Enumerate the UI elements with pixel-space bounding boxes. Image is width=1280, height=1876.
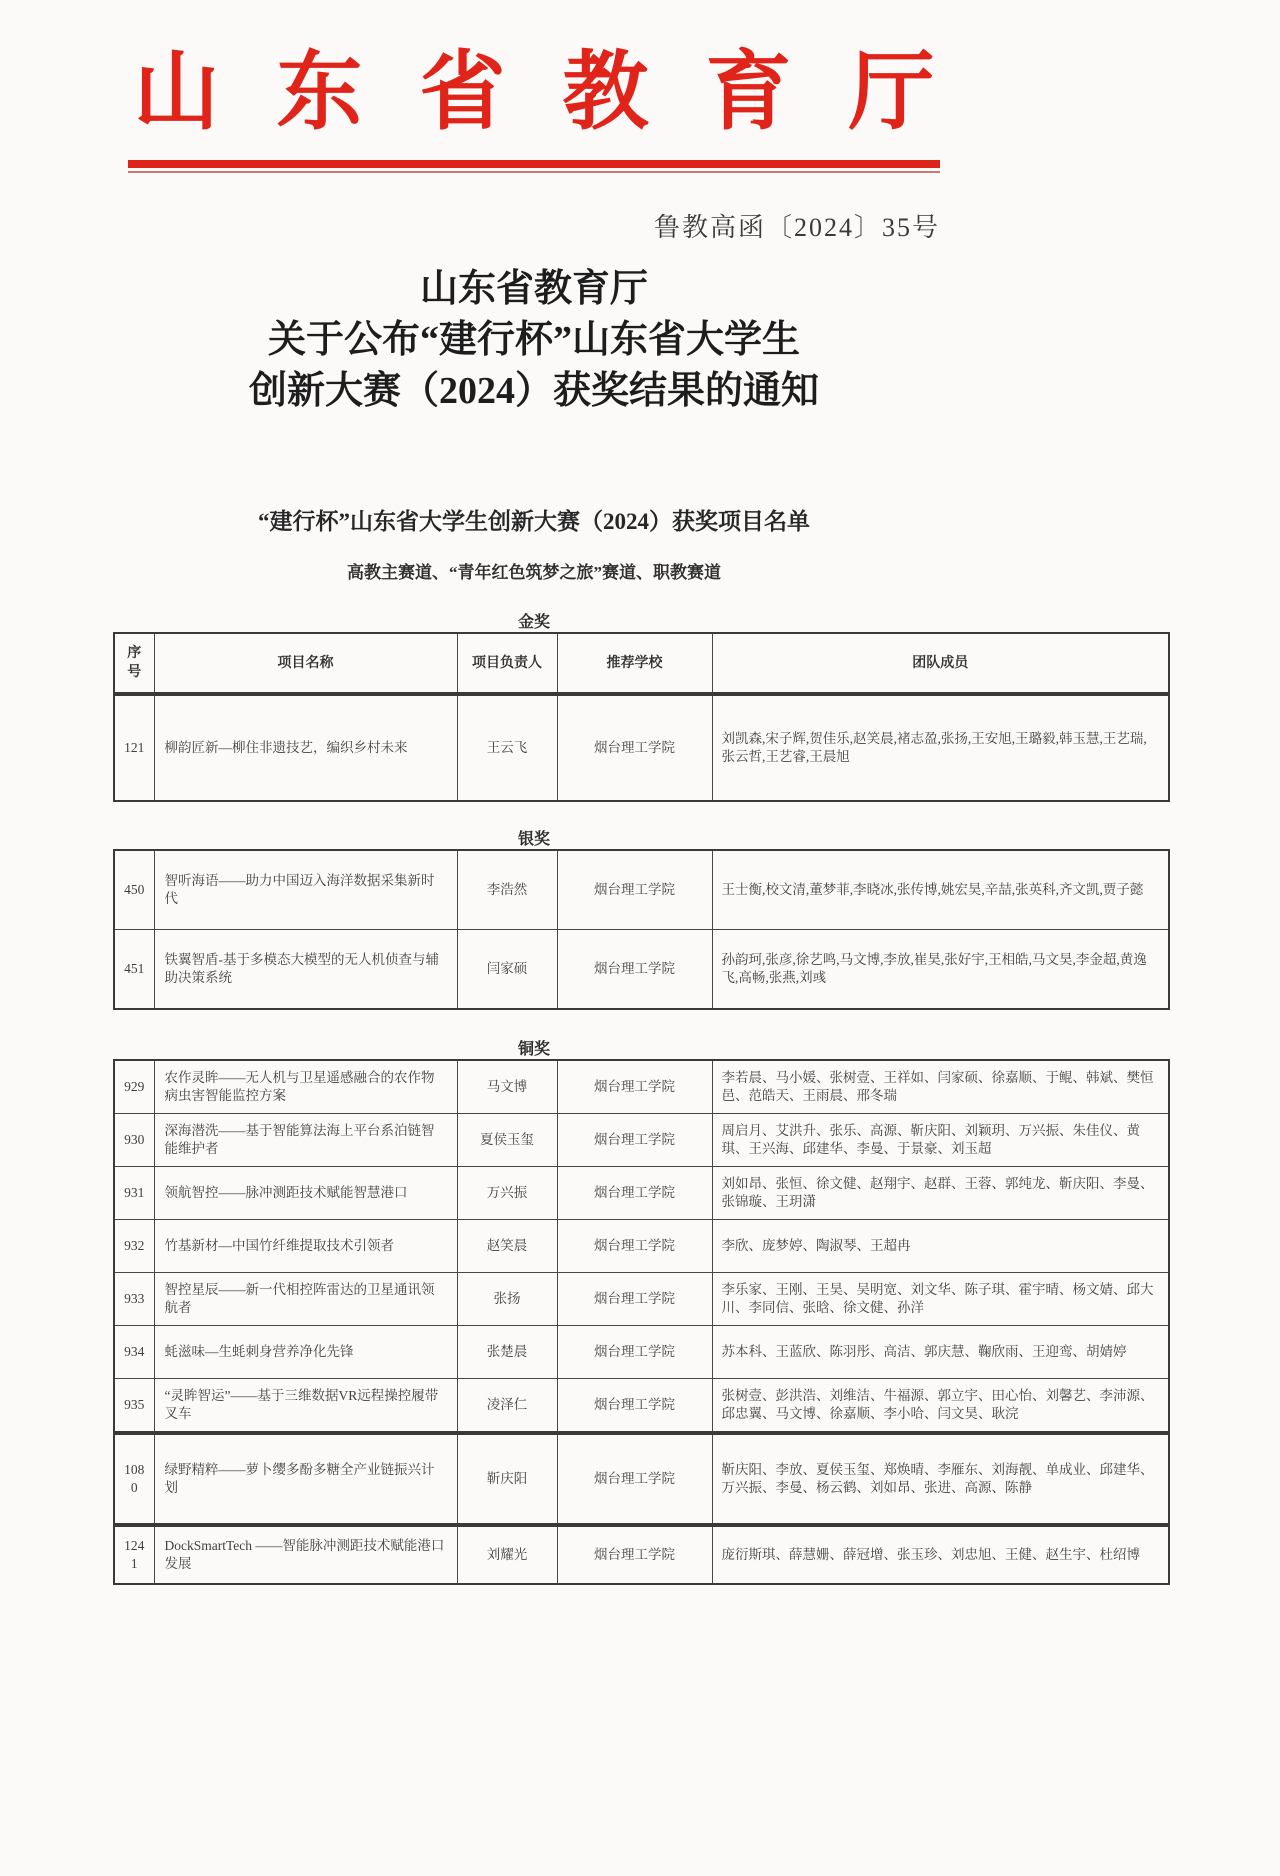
cell-recommending-school: 烟台理工学院 <box>557 1114 712 1167</box>
cell-recommending-school: 烟台理工学院 <box>557 695 712 801</box>
cell-team-members: 李欣、庞梦婷、陶淑琴、王超冉 <box>712 1220 1169 1273</box>
column-header-team: 团队成员 <box>712 633 1169 693</box>
cell-team-members: 王士衡,校文清,董梦菲,李晓冰,张传博,姚宏昊,辛喆,张英科,齐文凯,贾子懿 <box>712 850 1169 930</box>
cell-project-leader: 靳庆阳 <box>457 1434 557 1524</box>
divider-thick-line <box>128 160 940 168</box>
cell-project-leader: 闫家硕 <box>457 930 557 1010</box>
bronze-results-body-third: 1241DockSmartTech ——智能脉冲测距技术赋能港口发展刘耀光烟台理… <box>114 1526 1169 1584</box>
cell-team-members: 靳庆阳、李放、夏侯玉玺、郑焕晴、李雁东、刘海靓、单成业、邱建华、万兴振、李曼、杨… <box>712 1434 1169 1524</box>
cell-serial-number: 451 <box>114 930 154 1010</box>
cell-serial-number: 929 <box>114 1060 154 1114</box>
result-row: 451铁翼智盾-基于多模态大模型的无人机侦查与辅助决策系统闫家硕烟台理工学院孙韵… <box>114 930 1169 1010</box>
divider-thin-line <box>128 171 940 173</box>
result-row: 1080绿野精粹——萝卜缨多酚多糖全产业链振兴计划靳庆阳烟台理工学院靳庆阳、李放… <box>114 1434 1169 1524</box>
bronze-results-body-main: 929农作灵眸——无人机与卫星遥感融合的农作物病虫害智能监控方案马文博烟台理工学… <box>114 1060 1169 1432</box>
cell-serial-number: 121 <box>114 695 154 801</box>
document-number: 鲁教高函〔2024〕35号 <box>128 207 940 244</box>
notice-title-line-3: 创新大赛（2024）获奖结果的通知 <box>128 366 940 417</box>
cell-project-name: 智控星辰——新一代相控阵雷达的卫星通讯领航者 <box>154 1273 457 1326</box>
cell-project-name: 农作灵眸——无人机与卫星遥感融合的农作物病虫害智能监控方案 <box>154 1060 457 1114</box>
cell-project-leader: 夏侯玉玺 <box>457 1114 557 1167</box>
cell-team-members: 李乐家、王刚、王昊、吴明宽、刘文华、陈子琪、霍宇晴、杨文婧、邱大川、李同信、张晗… <box>712 1273 1169 1326</box>
letterhead-divider <box>128 160 940 173</box>
cell-project-leader: 张楚晨 <box>457 1326 557 1379</box>
result-row: 929农作灵眸——无人机与卫星遥感融合的农作物病虫害智能监控方案马文博烟台理工学… <box>114 1060 1169 1114</box>
cell-team-members: 刘如昂、张恒、徐文健、赵翔宇、赵群、王蓉、郭纯龙、靳庆阳、李曼、张锦璇、王玥潇 <box>712 1167 1169 1220</box>
cell-project-leader: 刘耀光 <box>457 1526 557 1584</box>
result-row: 450智听海语——助力中国迈入海洋数据采集新时代李浩然烟台理工学院王士衡,校文清… <box>114 850 1169 930</box>
gold-award-label: 金奖 <box>128 609 940 632</box>
silver-results-table: 450智听海语——助力中国迈入海洋数据采集新时代李浩然烟台理工学院王士衡,校文清… <box>113 849 1170 1010</box>
cell-project-name: 深海潜洗——基于智能算法海上平台系泊链智能维护者 <box>154 1114 457 1167</box>
cell-project-leader: 马文博 <box>457 1060 557 1114</box>
cell-project-name: 蚝滋味—生蚝刺身营养净化先锋 <box>154 1326 457 1379</box>
results-table-header-row: 序号 项目名称 项目负责人 推荐学校 团队成员 <box>114 633 1169 693</box>
cell-team-members: 周启月、艾洪升、张乐、高源、靳庆阳、刘颖玥、万兴振、朱佳仪、黄琪、王兴海、邱建华… <box>712 1114 1169 1167</box>
cell-serial-number: 933 <box>114 1273 154 1326</box>
silver-award-label: 银奖 <box>128 826 940 849</box>
cell-team-members: 苏本科、王蓝欣、陈羽彤、高洁、郭庆慧、鞠欣雨、王迎鸾、胡婧婷 <box>712 1326 1169 1379</box>
cell-serial-number: 450 <box>114 850 154 930</box>
cell-recommending-school: 烟台理工学院 <box>557 1526 712 1584</box>
cell-project-leader: 赵笑晨 <box>457 1220 557 1273</box>
letterhead: 山东省教育厅 鲁教高函〔2024〕35号 <box>0 44 1280 244</box>
bronze-results-table-main: 929农作灵眸——无人机与卫星遥感融合的农作物病虫害智能监控方案马文博烟台理工学… <box>113 1059 1170 1433</box>
column-header-leader: 项目负责人 <box>457 633 557 693</box>
cell-recommending-school: 烟台理工学院 <box>557 930 712 1010</box>
cell-project-name: 智听海语——助力中国迈入海洋数据采集新时代 <box>154 850 457 930</box>
letterhead-title-wrap: 山东省教育厅 <box>128 44 940 140</box>
column-header-project: 项目名称 <box>154 633 457 693</box>
agency-title: 山东省教育厅 <box>134 44 992 140</box>
cell-project-name: “灵眸智运”——基于三维数据VR远程操控履带叉车 <box>154 1379 457 1433</box>
silver-results-body: 450智听海语——助力中国迈入海洋数据采集新时代李浩然烟台理工学院王士衡,校文清… <box>114 850 1169 1009</box>
award-list-title: “建行杯”山东省大学生创新大赛（2024）获奖项目名单 <box>84 503 984 536</box>
cell-recommending-school: 烟台理工学院 <box>557 1434 712 1524</box>
cell-project-leader: 王云飞 <box>457 695 557 801</box>
result-row: 121柳韵匠新—柳住非遗技艺，编织乡村未来王云飞烟台理工学院刘凯森,宋子辉,贺佳… <box>114 695 1169 801</box>
cell-team-members: 张树壹、彭洪浩、刘维洁、牛福源、郭立宇、田心怡、刘馨艺、李沛源、邱忠翼、马文博、… <box>712 1379 1169 1433</box>
cell-project-name: 领航智控——脉冲测距技术赋能智慧港口 <box>154 1167 457 1220</box>
cell-project-leader: 张扬 <box>457 1273 557 1326</box>
results-table-header: 序号 项目名称 项目负责人 推荐学校 团队成员 <box>113 632 1170 694</box>
cell-project-leader: 凌泽仁 <box>457 1379 557 1433</box>
cell-team-members: 刘凯森,宋子辉,贺佳乐,赵笑晨,褚志盈,张扬,王安旭,王璐毅,韩玉慧,王艺瑞,张… <box>712 695 1169 801</box>
bronze-results-table-second: 1080绿野精粹——萝卜缨多酚多糖全产业链振兴计划靳庆阳烟台理工学院靳庆阳、李放… <box>113 1433 1170 1525</box>
result-row: 1241DockSmartTech ——智能脉冲测距技术赋能港口发展刘耀光烟台理… <box>114 1526 1169 1584</box>
cell-project-name: DockSmartTech ——智能脉冲测距技术赋能港口发展 <box>154 1526 457 1584</box>
cell-recommending-school: 烟台理工学院 <box>557 850 712 930</box>
cell-recommending-school: 烟台理工学院 <box>557 1060 712 1114</box>
gold-results-body: 121柳韵匠新—柳住非遗技艺，编织乡村未来王云飞烟台理工学院刘凯森,宋子辉,贺佳… <box>114 695 1169 801</box>
cell-serial-number: 1241 <box>114 1526 154 1584</box>
cell-serial-number: 932 <box>114 1220 154 1273</box>
result-row: 934蚝滋味—生蚝刺身营养净化先锋张楚晨烟台理工学院苏本科、王蓝欣、陈羽彤、高洁… <box>114 1326 1169 1379</box>
result-row: 933智控星辰——新一代相控阵雷达的卫星通讯领航者张扬烟台理工学院李乐家、王刚、… <box>114 1273 1169 1326</box>
cell-recommending-school: 烟台理工学院 <box>557 1220 712 1273</box>
column-header-serial: 序号 <box>114 633 154 693</box>
cell-project-name: 竹基新材—中国竹纤维提取技术引领者 <box>154 1220 457 1273</box>
result-row: 930深海潜洗——基于智能算法海上平台系泊链智能维护者夏侯玉玺烟台理工学院周启月… <box>114 1114 1169 1167</box>
tracks-line: 高教主赛道、“青年红色筑梦之旅”赛道、职教赛道 <box>128 558 940 583</box>
notice-title-line-2: 关于公布“建行杯”山东省大学生 <box>128 315 940 366</box>
bronze-award-label: 铜奖 <box>128 1036 940 1059</box>
bronze-results-table-third: 1241DockSmartTech ——智能脉冲测距技术赋能港口发展刘耀光烟台理… <box>113 1525 1170 1585</box>
cell-recommending-school: 烟台理工学院 <box>557 1379 712 1433</box>
bronze-results-body-second: 1080绿野精粹——萝卜缨多酚多糖全产业链振兴计划靳庆阳烟台理工学院靳庆阳、李放… <box>114 1434 1169 1524</box>
cell-serial-number: 930 <box>114 1114 154 1167</box>
notice-title-line-1: 山东省教育厅 <box>128 264 940 315</box>
cell-team-members: 孙韵珂,张彦,徐艺鸣,马文博,李放,崔昊,张好宇,王相皓,马文昊,李金超,黄逸飞… <box>712 930 1169 1010</box>
cell-recommending-school: 烟台理工学院 <box>557 1167 712 1220</box>
header-row: 序号 项目名称 项目负责人 推荐学校 团队成员 <box>114 633 1169 693</box>
result-row: 932竹基新材—中国竹纤维提取技术引领者赵笑晨烟台理工学院李欣、庞梦婷、陶淑琴、… <box>114 1220 1169 1273</box>
cell-team-members: 庞衍斯琪、薛慧姗、薛冠增、张玉珍、刘忠旭、王健、赵生宇、杜绍博 <box>712 1526 1169 1584</box>
cell-team-members: 李若晨、马小媛、张树壹、王祥如、闫家硕、徐嘉顺、于鲲、韩斌、樊恒邑、范皓天、王雨… <box>712 1060 1169 1114</box>
result-row: 931领航智控——脉冲测距技术赋能智慧港口万兴振烟台理工学院刘如昂、张恒、徐文健… <box>114 1167 1169 1220</box>
cell-project-name: 绿野精粹——萝卜缨多酚多糖全产业链振兴计划 <box>154 1434 457 1524</box>
cell-serial-number: 1080 <box>114 1434 154 1524</box>
cell-serial-number: 935 <box>114 1379 154 1433</box>
cell-project-leader: 万兴振 <box>457 1167 557 1220</box>
cell-project-leader: 李浩然 <box>457 850 557 930</box>
cell-serial-number: 934 <box>114 1326 154 1379</box>
cell-recommending-school: 烟台理工学院 <box>557 1273 712 1326</box>
scanned-notice-page: 山东省教育厅 鲁教高函〔2024〕35号 山东省教育厅 关于公布“建行杯”山东省… <box>0 0 1280 1876</box>
gold-results-table: 121柳韵匠新—柳住非遗技艺，编织乡村未来王云飞烟台理工学院刘凯森,宋子辉,贺佳… <box>113 694 1170 802</box>
column-header-school: 推荐学校 <box>557 633 712 693</box>
notice-title: 山东省教育厅 关于公布“建行杯”山东省大学生 创新大赛（2024）获奖结果的通知 <box>128 264 940 417</box>
cell-project-name: 柳韵匠新—柳住非遗技艺，编织乡村未来 <box>154 695 457 801</box>
cell-serial-number: 931 <box>114 1167 154 1220</box>
cell-recommending-school: 烟台理工学院 <box>557 1326 712 1379</box>
cell-project-name: 铁翼智盾-基于多模态大模型的无人机侦查与辅助决策系统 <box>154 930 457 1010</box>
result-row: 935“灵眸智运”——基于三维数据VR远程操控履带叉车凌泽仁烟台理工学院张树壹、… <box>114 1379 1169 1433</box>
